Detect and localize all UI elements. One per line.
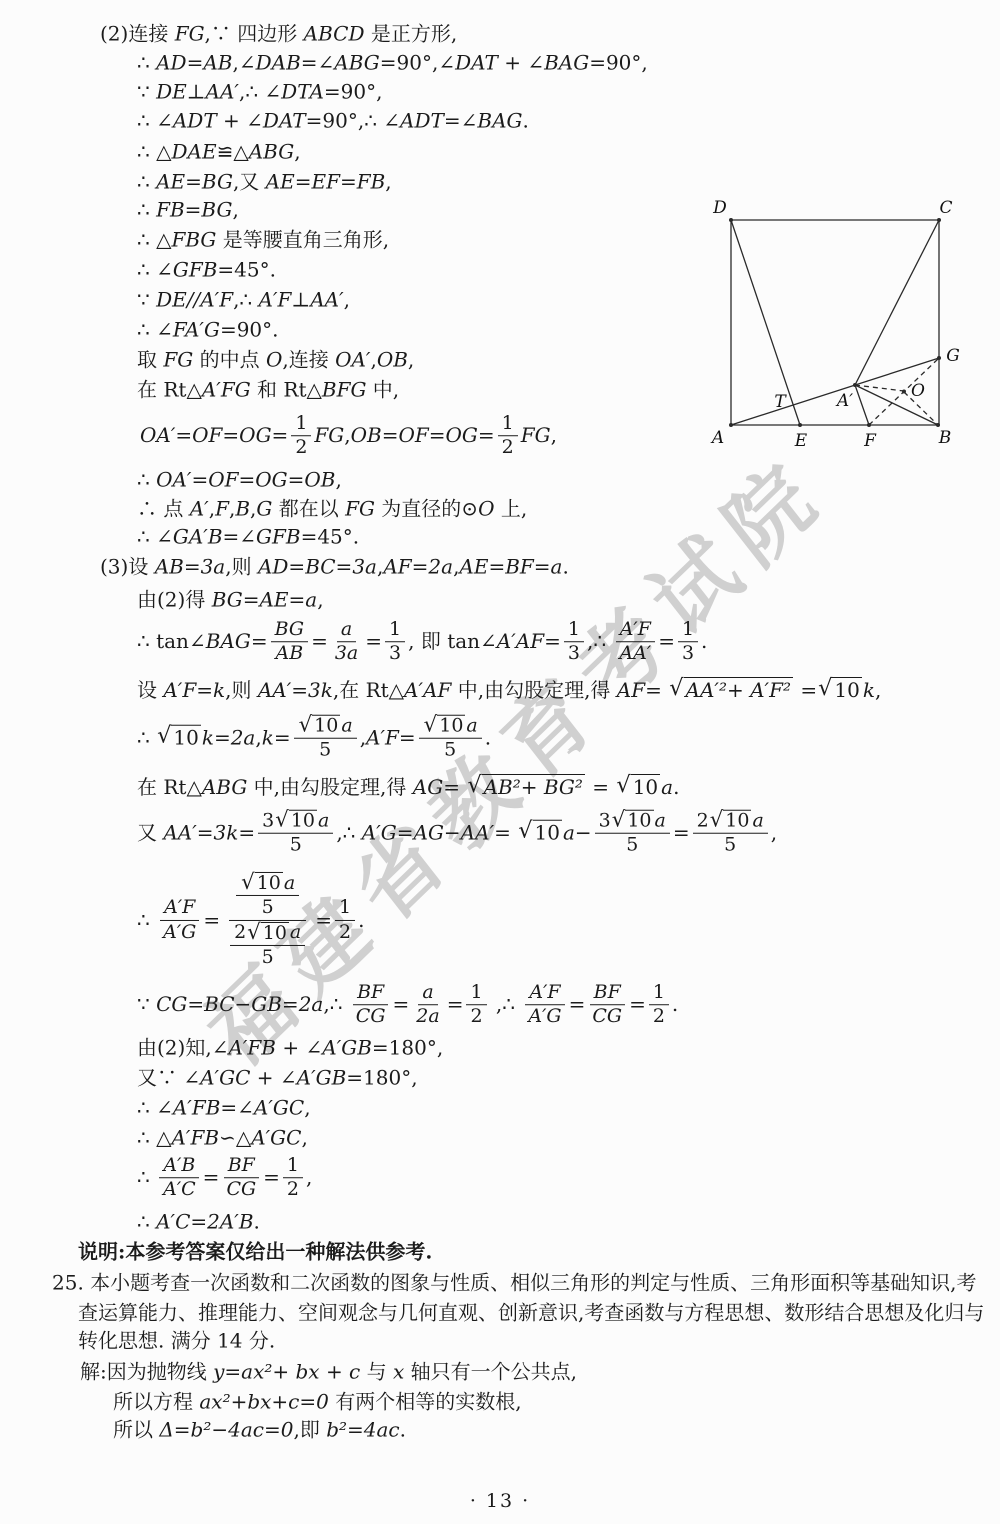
text-segment: ∴ xyxy=(137,908,156,933)
text-segment: 2 xyxy=(697,810,709,831)
text-segment: . xyxy=(358,908,364,933)
text-segment: k= xyxy=(262,726,291,751)
text-segment: 5 xyxy=(290,835,302,856)
text-segment: 与 xyxy=(360,1360,393,1385)
solution-line: OA′=OF=OG=12FG,OB=OF=OG=12FG, xyxy=(140,413,557,459)
text-segment: 10 xyxy=(725,810,749,832)
text-segment: 2a xyxy=(416,1007,439,1028)
text-segment: BF xyxy=(228,1155,255,1176)
text-segment: + xyxy=(276,1036,305,1061)
text-segment: AE=BF=a xyxy=(459,555,562,580)
figure-point xyxy=(937,356,941,360)
solution-line: 由(2)知,∠A′FB + ∠A′GB=180°, xyxy=(137,1036,443,1061)
fraction: 2√10a5 xyxy=(230,922,305,969)
text-segment: a xyxy=(752,810,763,831)
solution-line: (3)设 AB=3a,则 AD=BC=3a,AF=2a,AE=BF=a. xyxy=(100,555,569,580)
figure-label: E xyxy=(794,431,808,451)
text-segment: △FBG xyxy=(156,228,216,253)
text-segment: ∠DAB=∠ABG xyxy=(239,51,380,76)
text-segment: + xyxy=(498,51,527,76)
solution-line: 所以 Δ=b²−4ac=0,即 b²=4ac. xyxy=(113,1418,406,1443)
fraction: 2√10a5 xyxy=(693,810,768,857)
text-segment: a xyxy=(341,619,352,640)
text-segment: 在 Rt xyxy=(137,378,186,403)
square-root: √AB²+ BG² xyxy=(467,774,585,800)
text-segment: = xyxy=(569,993,586,1018)
text-segment: . xyxy=(400,1418,406,1443)
text-segment: FG xyxy=(314,424,344,449)
text-segment: 5 xyxy=(444,740,456,761)
text-segment: ∠FA′G xyxy=(156,318,220,343)
text-segment: 由(2)得 xyxy=(137,588,212,613)
text-segment: , xyxy=(551,424,557,449)
text-segment: BG=AE=a xyxy=(212,588,318,613)
text-segment: 10 xyxy=(535,821,560,845)
fraction: 12 xyxy=(335,897,355,943)
text-segment: AE=BG xyxy=(156,170,233,195)
figure-label: D xyxy=(712,198,727,218)
text-segment: ≌ xyxy=(217,140,234,165)
fraction: A′FA′G xyxy=(159,897,200,943)
fraction: 12 xyxy=(291,413,311,459)
solution-line: 所以方程 ax²+bx+c=0 有两个相等的实数根, xyxy=(113,1390,522,1415)
text-segment: , xyxy=(301,1126,307,1151)
text-segment: 上, xyxy=(494,497,527,522)
text-segment: = xyxy=(447,993,464,1018)
solution-line: ∴ ∠FA′G=90°. xyxy=(137,318,279,343)
text-segment: DE⊥AA′ xyxy=(156,80,239,105)
text-segment: − xyxy=(575,821,592,846)
text-segment: 2 xyxy=(287,1180,299,1201)
text-segment: ,∴ xyxy=(336,821,361,846)
text-segment: = xyxy=(393,993,410,1018)
solution-line: ∵ DE⊥AA′,∴ ∠DTA=90°, xyxy=(137,80,382,105)
fraction: √10a5 xyxy=(236,872,299,919)
text-segment: ∴ xyxy=(137,170,156,195)
figure-point xyxy=(729,218,733,222)
fraction: √10a5 xyxy=(419,715,482,762)
text-segment: AA′=3k= xyxy=(163,821,255,846)
fraction: 13 xyxy=(678,619,698,665)
fraction: a3a xyxy=(331,619,362,665)
text-segment: ∠BAG xyxy=(527,51,589,76)
text-segment: a xyxy=(661,775,673,800)
text-segment: Δ=b²−4ac=0 xyxy=(159,1418,293,1443)
text-segment: ∴ xyxy=(137,468,156,493)
text-segment: ,则 xyxy=(225,555,258,580)
text-segment: 为直径的⊙ xyxy=(375,497,478,522)
text-segment: ,∴ xyxy=(239,80,264,105)
text-segment: =90°, xyxy=(589,51,648,76)
text-segment: 1 xyxy=(653,982,665,1003)
text-segment: ∠DTA xyxy=(264,80,323,105)
solution-line: 25. 本小题考查一次函数和二次函数的图象与性质、相似三角形的判定与性质、三角形… xyxy=(52,1271,977,1296)
text-segment: 10 xyxy=(173,726,198,750)
text-segment: 3 xyxy=(568,644,580,665)
text-segment: = xyxy=(586,775,615,800)
text-segment: 5 xyxy=(262,947,274,968)
text-segment: ∴ tan xyxy=(137,630,189,655)
text-segment: 2 xyxy=(653,1007,665,1028)
text-segment: =180°, xyxy=(346,1066,417,1091)
solution-line: ∴ ∠GFB=45°. xyxy=(137,258,276,283)
text-segment: A′F xyxy=(620,619,651,640)
text-segment: a xyxy=(422,982,433,1003)
text-segment: CG xyxy=(592,1007,622,1028)
text-segment: ∠DAT xyxy=(438,51,497,76)
text-segment: OA′=OF=OG= xyxy=(140,424,288,449)
text-segment: . xyxy=(485,726,491,751)
solution-line: ∴ A′C=2A′B. xyxy=(137,1210,260,1235)
text-segment: △DAE xyxy=(156,140,216,165)
text-segment: A′G=AG−AA′ xyxy=(362,821,494,846)
text-segment: k xyxy=(863,678,875,703)
text-segment: = xyxy=(251,630,268,655)
text-segment: , xyxy=(304,1096,310,1121)
figure-segment xyxy=(731,220,800,425)
text-segment: A′F xyxy=(529,982,560,1003)
text-segment: =90°,∴ xyxy=(306,109,384,134)
solution-line: 在 Rt△ABG 中,由勾股定理,得 AG= √AB²+ BG² = √10a. xyxy=(137,774,679,800)
text-segment: A′G xyxy=(163,922,196,943)
text-segment: , xyxy=(306,1166,312,1191)
square-root: √10 xyxy=(247,922,289,944)
text-segment: O xyxy=(266,348,282,373)
text-segment: ,则 xyxy=(225,678,258,703)
text-segment: G xyxy=(256,497,272,522)
text-segment: AG xyxy=(413,775,443,800)
figure-label: B xyxy=(938,428,952,448)
square-root: √10 xyxy=(241,872,283,894)
solution-line: 设 A′F=k,则 AA′=3k,在 Rt△A′AF 中,由勾股定理,得 AF=… xyxy=(137,677,881,703)
text-segment: =90°, xyxy=(380,51,439,76)
text-segment: 是正方形, xyxy=(364,22,457,47)
square-root: √AA′²+ A′F² xyxy=(669,677,793,703)
text-segment: ∠GFB xyxy=(156,258,217,283)
figure-point xyxy=(902,390,906,394)
solution-line: ∴ A′BA′C=BFCG=12, xyxy=(137,1155,312,1201)
text-segment: ∠A′AF xyxy=(480,630,544,655)
text-segment: =90°, xyxy=(324,80,383,105)
text-segment: = xyxy=(629,993,646,1018)
text-segment: =180°, xyxy=(372,1036,443,1061)
text-segment: ∴ xyxy=(137,140,156,165)
text-segment: AB²+ BG² xyxy=(484,775,583,799)
text-segment: ,∴ xyxy=(323,993,348,1018)
text-segment: = xyxy=(263,1166,280,1191)
text-segment: . xyxy=(562,555,568,580)
fraction: 3√10a5 xyxy=(258,810,333,857)
text-segment: 解:因为抛物线 xyxy=(80,1360,213,1385)
text-segment: 10 xyxy=(439,715,463,737)
text-segment: AA′=3k xyxy=(258,678,333,703)
text-segment: 说明:本参考答案仅给出一种解法供参考. xyxy=(78,1240,432,1265)
text-segment: 又 xyxy=(137,821,163,846)
text-segment: ∵ xyxy=(137,993,156,1018)
text-segment: ∠A′FB=∠A′GC xyxy=(156,1096,304,1121)
solution-line: ∴ AE=BG,又 AE=EF=FB, xyxy=(137,170,392,195)
solution-line: 取 FG 的中点 O,连接 OA′,OB, xyxy=(137,348,414,373)
text-segment: a xyxy=(466,715,477,736)
square-root: √10 xyxy=(612,810,654,832)
text-segment: ∠GA′B=∠GFB xyxy=(156,525,300,550)
solution-line: ∴ OA′=OF=OG=OB, xyxy=(137,468,342,493)
text-segment: = xyxy=(658,630,675,655)
text-segment: AB=3a xyxy=(155,555,226,580)
text-segment: ∵ xyxy=(137,288,156,313)
text-segment: ∴ xyxy=(137,726,156,751)
fraction: 13 xyxy=(385,619,405,665)
text-segment: CG xyxy=(226,1180,256,1201)
fraction: BGAB xyxy=(271,619,309,665)
text-segment: =90°. xyxy=(220,318,279,343)
text-segment: 是等腰直角三角形, xyxy=(216,228,389,253)
text-segment: ∠A′FB xyxy=(212,1036,276,1061)
text-segment: = xyxy=(673,821,690,846)
text-segment: 10 xyxy=(627,810,651,832)
solution-line: ∴ ∠GA′B=∠GFB=45°. xyxy=(137,525,359,550)
solution-line: ∴ △A′FB∽△A′GC, xyxy=(137,1126,308,1151)
text-segment: AF xyxy=(617,678,645,703)
text-segment: AA′ xyxy=(619,644,651,665)
solution-line: (2)连接 FG,∵ 四边形 ABCD 是正方形, xyxy=(100,22,457,47)
text-segment: , xyxy=(232,198,238,223)
text-segment: ,连接 xyxy=(282,348,335,373)
text-segment: a xyxy=(341,715,352,736)
text-segment: 10 xyxy=(314,715,338,737)
text-segment: a xyxy=(290,922,301,943)
text-segment: 查运算能力、推理能力、空间观念与几何直观、创新意识,考查函数与方程思想、数形结合… xyxy=(78,1301,984,1326)
text-segment: DE//A′F xyxy=(156,288,233,313)
text-segment: AA′²+ A′F² xyxy=(686,678,791,702)
text-segment: 设 xyxy=(137,678,163,703)
text-segment: ∴ xyxy=(137,51,156,76)
text-segment: 2 xyxy=(234,922,246,943)
square-root: √10 xyxy=(710,810,752,832)
text-segment: △A′FG xyxy=(186,378,250,403)
text-segment: 2 xyxy=(470,1007,482,1028)
text-segment: k=2a xyxy=(202,726,256,751)
text-segment: ∴ xyxy=(137,1210,156,1235)
text-segment: . xyxy=(673,775,679,800)
text-segment: FG xyxy=(163,348,193,373)
fraction: 13 xyxy=(564,619,584,665)
text-segment: CG=BC−GB=2a xyxy=(156,993,323,1018)
text-segment: = xyxy=(544,630,561,655)
text-segment: . xyxy=(672,993,678,1018)
text-segment: FG xyxy=(521,424,551,449)
text-segment: + xyxy=(217,109,246,134)
text-segment: ∴ xyxy=(137,1166,156,1191)
text-segment: 有两个相等的实数根, xyxy=(329,1390,522,1415)
fraction: BFCG xyxy=(222,1155,260,1201)
figure-label: A′ xyxy=(835,391,853,411)
text-segment: 所以 xyxy=(113,1418,159,1443)
text-segment: . xyxy=(701,630,707,655)
fraction: √10a52√10a5 xyxy=(223,872,312,968)
text-segment: 又∵ xyxy=(137,1066,183,1091)
fraction: 12 xyxy=(283,1155,303,1201)
text-segment: ,∴ xyxy=(233,288,258,313)
text-segment: , 即 tan xyxy=(408,630,480,655)
figure-label: C xyxy=(939,198,952,218)
text-segment: A′F xyxy=(164,897,195,918)
text-segment: ,∴ xyxy=(490,993,522,1018)
text-segment: ,即 xyxy=(293,1418,326,1443)
text-segment: A′C=2A′B xyxy=(156,1210,253,1235)
solution-line: ∴ A′FA′G=√10a52√10a5=12. xyxy=(137,872,364,968)
text-segment: + xyxy=(250,1066,279,1091)
text-segment: ,又 xyxy=(233,170,266,195)
text-segment: 取 xyxy=(137,348,163,373)
solution-line: 又∵ ∠A′GC + ∠A′GB=180°, xyxy=(137,1066,418,1091)
text-segment: 3a xyxy=(335,644,358,665)
text-segment: = xyxy=(645,678,668,703)
fraction: 3√10a5 xyxy=(595,810,670,857)
fraction: A′BA′C xyxy=(159,1155,200,1201)
text-segment: = xyxy=(311,630,328,655)
square-root: √10 xyxy=(275,810,317,832)
text-segment: y=ax²+ bx + c xyxy=(213,1360,360,1385)
fraction: 12 xyxy=(466,982,486,1028)
square-root: √10 xyxy=(518,820,562,846)
fraction: BFCG xyxy=(352,982,390,1028)
text-segment: A′F⊥AA′ xyxy=(259,288,344,313)
text-segment: 5 xyxy=(724,835,736,856)
text-segment: = xyxy=(443,775,466,800)
text-segment: O xyxy=(478,497,494,522)
figure-label: T xyxy=(774,392,787,412)
text-segment: 3 xyxy=(682,644,694,665)
text-segment: ∴ xyxy=(137,318,156,343)
text-segment: 由(2)知, xyxy=(137,1036,212,1061)
text-segment: A′F= xyxy=(366,726,416,751)
text-segment: FB=BG xyxy=(156,198,232,223)
figure-segment xyxy=(731,358,939,425)
text-segment: ∴ xyxy=(137,258,156,283)
text-segment: ,∵ 四边形 xyxy=(205,22,304,47)
text-segment: OB=OF=OG= xyxy=(351,424,495,449)
text-segment: a xyxy=(655,810,666,831)
text-segment: A′ xyxy=(190,497,209,522)
text-segment: , xyxy=(317,588,323,613)
text-segment: ∠BAG xyxy=(189,630,251,655)
text-segment: , xyxy=(336,468,342,493)
text-segment: a xyxy=(563,821,575,846)
text-segment: , xyxy=(294,140,300,165)
text-segment: ∵ xyxy=(137,80,156,105)
text-segment: 2 xyxy=(502,438,514,459)
text-segment: AE=EF=FB xyxy=(266,170,386,195)
solution-line: ∴ △DAE≌△ABG, xyxy=(137,140,301,165)
fraction: BFCG xyxy=(588,982,626,1028)
text-segment: , xyxy=(344,288,350,313)
text-segment: △A′AF xyxy=(389,678,452,703)
text-segment: ,∴ xyxy=(587,630,612,655)
text-segment: 中, xyxy=(366,378,399,403)
square-root: √10 xyxy=(157,725,201,751)
text-segment: A′G xyxy=(528,1007,561,1028)
text-segment: △A′FB xyxy=(156,1126,219,1151)
text-segment: A′B xyxy=(163,1155,195,1176)
text-segment: = xyxy=(203,908,220,933)
fraction: √10a5 xyxy=(294,715,357,762)
text-segment: ∴ 点 xyxy=(137,497,190,522)
solution-line: 转化思想. 满分 14 分. xyxy=(78,1329,275,1354)
text-segment: A′F=k xyxy=(163,678,225,703)
text-segment: 1 xyxy=(339,897,351,918)
figure-point xyxy=(867,423,871,427)
text-segment: 所以方程 xyxy=(113,1390,199,1415)
text-segment: 2 xyxy=(295,438,307,459)
text-segment: 1 xyxy=(502,413,514,434)
text-segment: FG xyxy=(175,22,205,47)
solution-line: 解:因为抛物线 y=ax²+ bx + c 与 x 轴只有一个公共点, xyxy=(80,1360,577,1385)
text-segment: ,在 Rt xyxy=(333,678,389,703)
text-segment: 中,由勾股定理,得 xyxy=(247,775,412,800)
text-segment: 1 xyxy=(389,619,401,640)
square-root: √10 xyxy=(616,774,660,800)
text-segment: ∠A′GB xyxy=(306,1036,372,1061)
text-segment: CG xyxy=(356,1007,386,1028)
solution-line: 又 AA′=3k=3√10a5,∴ A′G=AG−AA′= √10a−3√10a… xyxy=(137,810,777,857)
text-segment: AD=BC=3a xyxy=(258,555,377,580)
text-segment: 25. 本小题考查一次函数和二次函数的图象与性质、相似三角形的判定与性质、三角形… xyxy=(52,1271,977,1296)
text-segment: 的中点 xyxy=(193,348,266,373)
solution-line: ∴ ∠ADT + ∠DAT=90°,∴ ∠ADT=∠BAG. xyxy=(137,109,529,134)
text-segment: BG xyxy=(275,619,305,640)
text-segment: , xyxy=(875,678,881,703)
solution-line: 由(2)得 BG=AE=a, xyxy=(137,588,324,613)
text-segment: F xyxy=(215,497,229,522)
fraction: 12 xyxy=(649,982,669,1028)
text-segment: FG xyxy=(345,497,375,522)
text-segment: ∴ xyxy=(137,1126,156,1151)
text-segment: ∠A′GC xyxy=(183,1066,250,1091)
text-segment: ∴ xyxy=(137,525,156,550)
text-segment: ABCD xyxy=(304,22,365,47)
figure-label: A xyxy=(710,428,724,448)
text-segment: ∠DAT xyxy=(246,109,305,134)
text-segment: x xyxy=(393,1360,404,1385)
text-segment: B xyxy=(235,497,250,522)
text-segment: (3)设 xyxy=(100,555,155,580)
figure-label: O xyxy=(911,381,925,401)
fraction: a2a xyxy=(412,982,443,1028)
text-segment: 2 xyxy=(339,922,351,943)
text-segment: △ABG xyxy=(186,775,247,800)
text-segment: OA′ xyxy=(335,348,370,373)
fraction: 12 xyxy=(498,413,518,459)
text-segment: = xyxy=(315,908,332,933)
text-segment: A′C xyxy=(163,1180,196,1201)
figure-point xyxy=(729,423,733,427)
text-segment: ∴ xyxy=(137,198,156,223)
text-segment: 3 xyxy=(599,810,611,831)
text-segment: . xyxy=(254,1210,260,1235)
figure-point xyxy=(937,218,941,222)
fraction: A′FA′G xyxy=(524,982,565,1028)
text-segment: 10 xyxy=(834,678,859,702)
text-segment: , xyxy=(385,170,391,195)
solution-line: ∴ △FBG 是等腰直角三角形, xyxy=(137,228,389,253)
text-segment: =45°. xyxy=(217,258,276,283)
text-segment: △BFG xyxy=(306,378,366,403)
text-segment: ∴ xyxy=(137,228,156,253)
solution-line: ∴ √10k=2a,k=√10a5,A′F=√10a5. xyxy=(137,715,491,762)
text-segment: ∴ xyxy=(137,109,156,134)
text-segment: = xyxy=(494,821,517,846)
